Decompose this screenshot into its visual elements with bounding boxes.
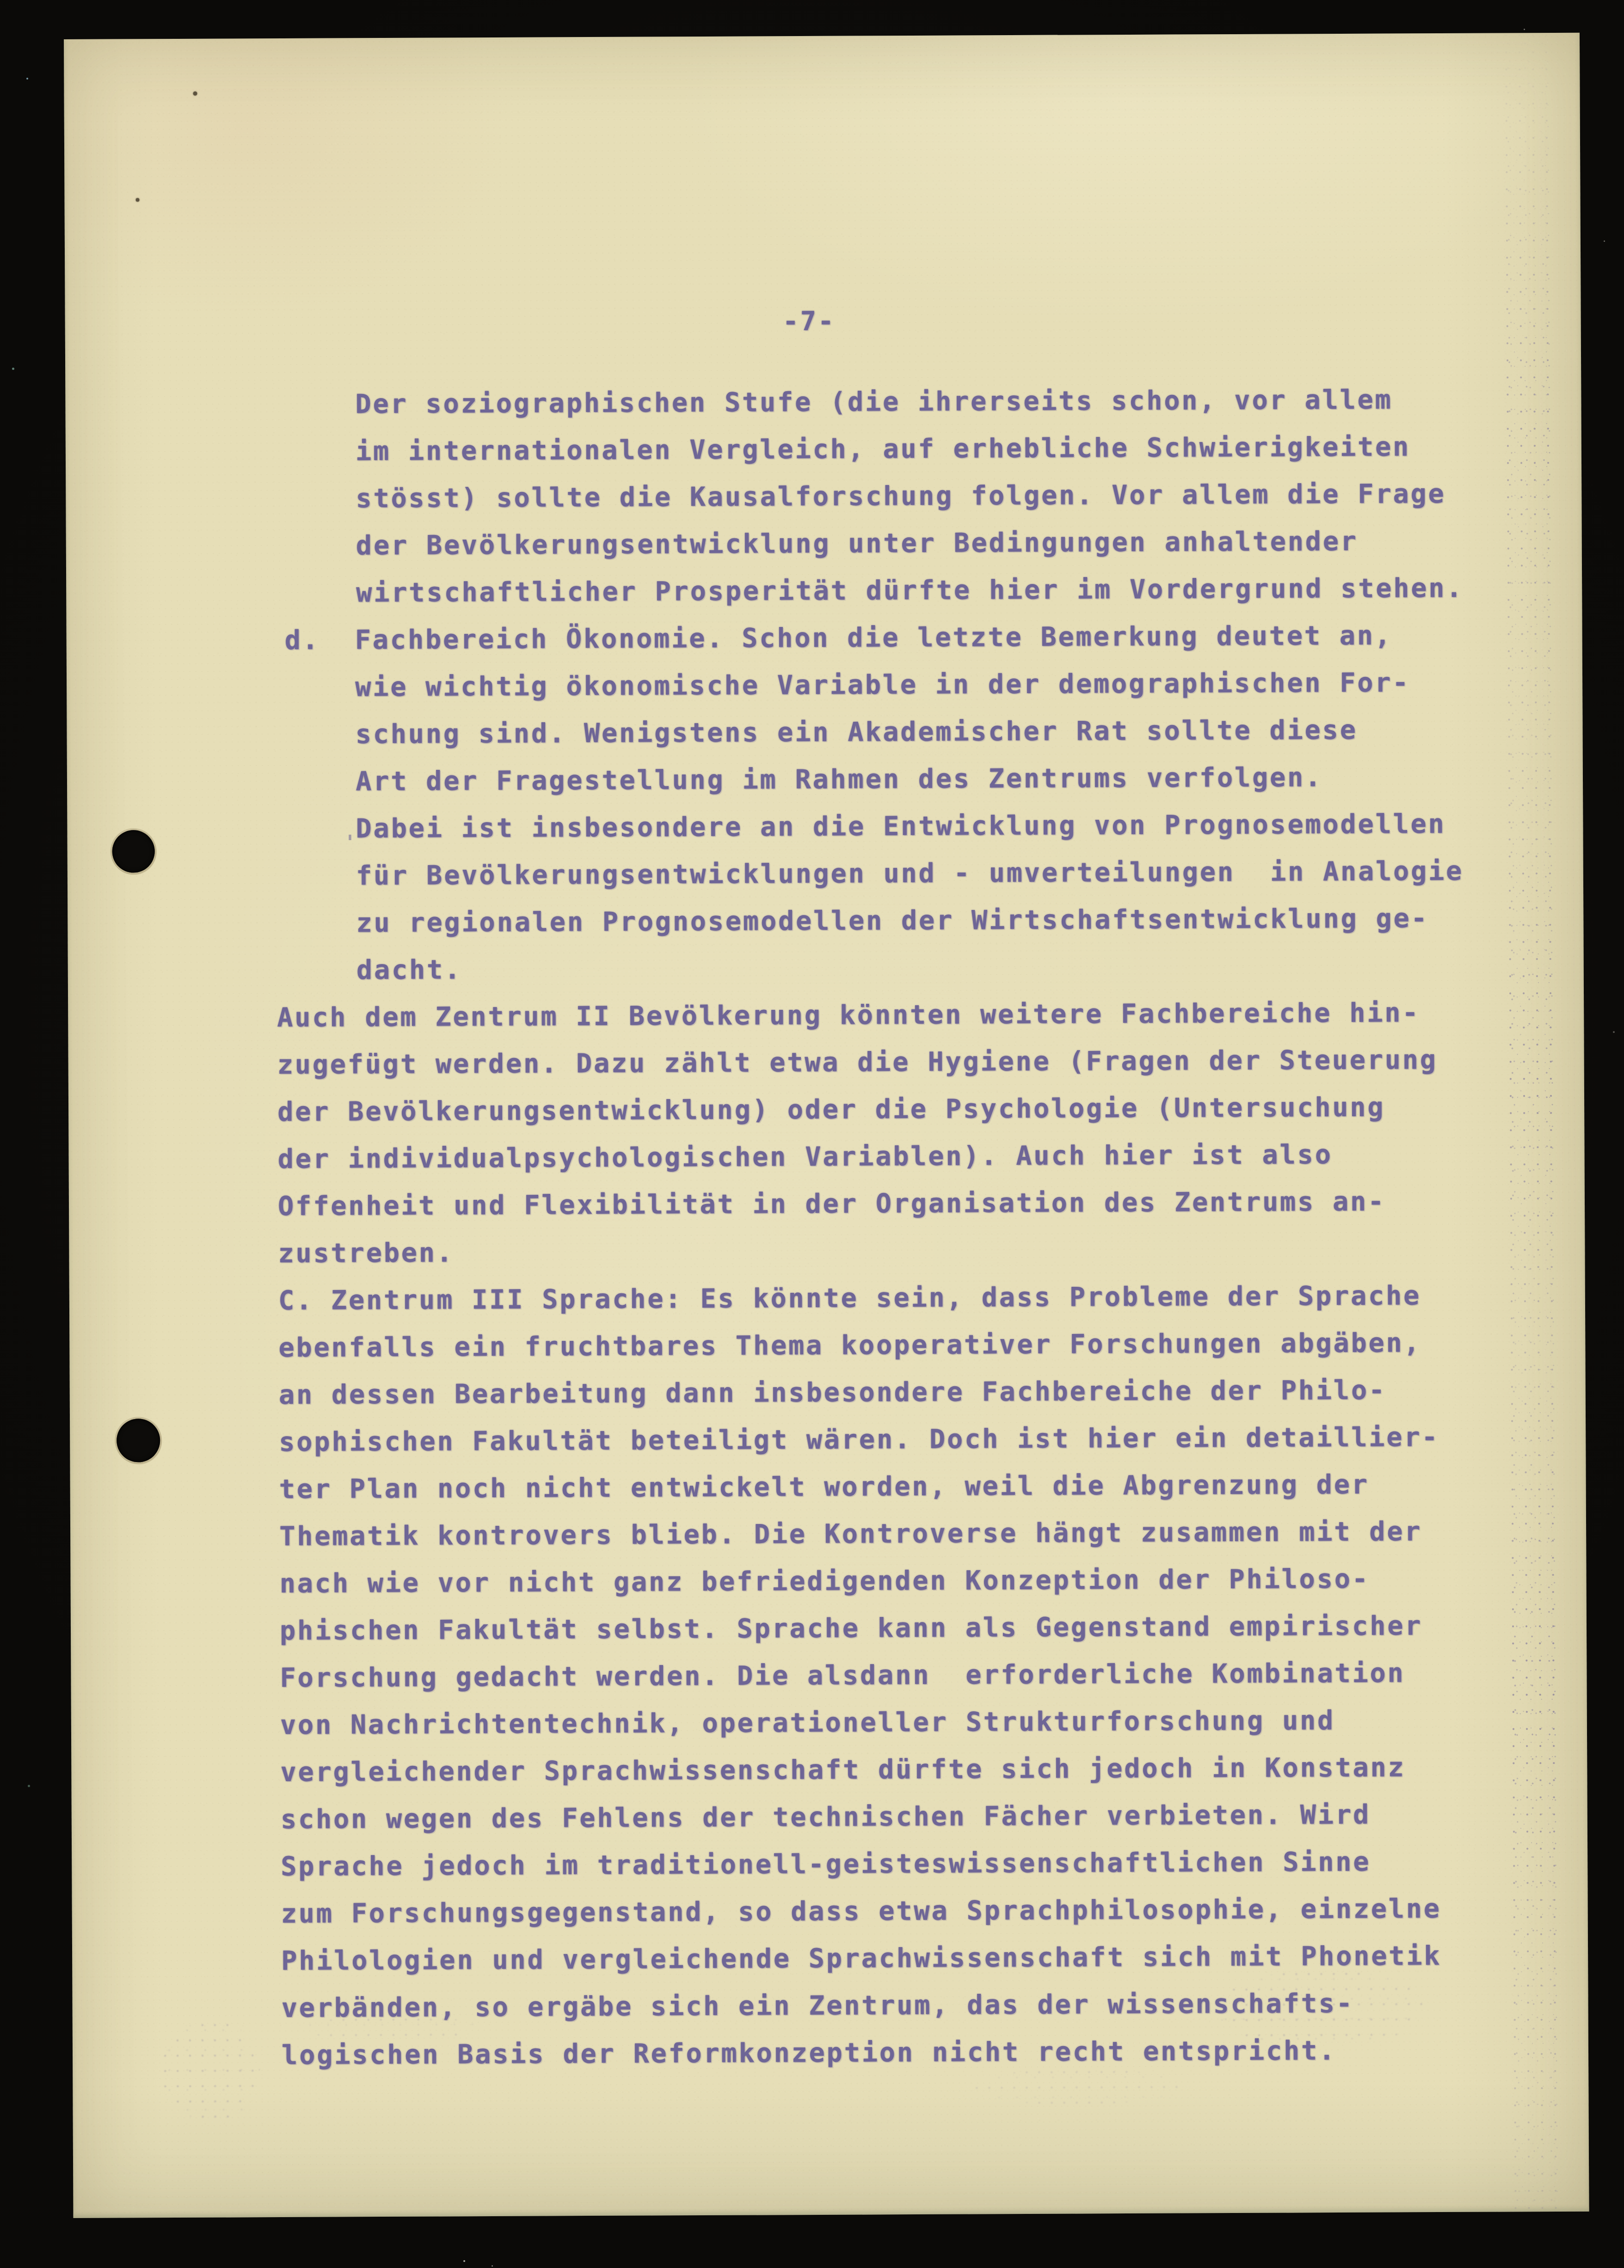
dust-speck: [492, 2265, 493, 2267]
dust-speck: [12, 368, 14, 370]
paragraph-zentrum-3-sprache: C. Zentrum III Sprache: Es könnte sein, …: [278, 1272, 1442, 2079]
page-number: -7-: [782, 298, 836, 345]
pinhole-mark: [135, 198, 139, 202]
dust-speck: [463, 2260, 465, 2262]
ink-speckle-band: [1504, 33, 1565, 2212]
dust-speck: [26, 78, 28, 80]
document-page: -7- Der soziographischen Stufe (die ihre…: [64, 33, 1589, 2218]
punch-hole-bottom: [117, 1419, 160, 1462]
dust-speck: [1604, 240, 1605, 242]
dust-speck: [1524, 29, 1525, 30]
stray-ink-mark: ': [344, 819, 358, 867]
ink-smudge: [163, 2022, 260, 2120]
paragraph-fachbereich-oekonomie: d. Fachbereich Ökonomie. Schon die letzt…: [284, 612, 1464, 994]
paragraph-zentrum-2-ergaenzung: Auch dem Zentrum II Bevölkerung könnten …: [277, 989, 1439, 1277]
pinhole-mark: [193, 92, 197, 96]
scanner-background: -7- Der soziographischen Stufe (die ihre…: [0, 0, 1624, 2268]
dust-speck: [28, 1785, 30, 1787]
dust-speck: [1613, 1031, 1615, 1033]
punch-hole-top: [112, 830, 154, 873]
paragraph-kausalforschung: Der soziographischen Stufe (die ihrersei…: [355, 376, 1464, 616]
